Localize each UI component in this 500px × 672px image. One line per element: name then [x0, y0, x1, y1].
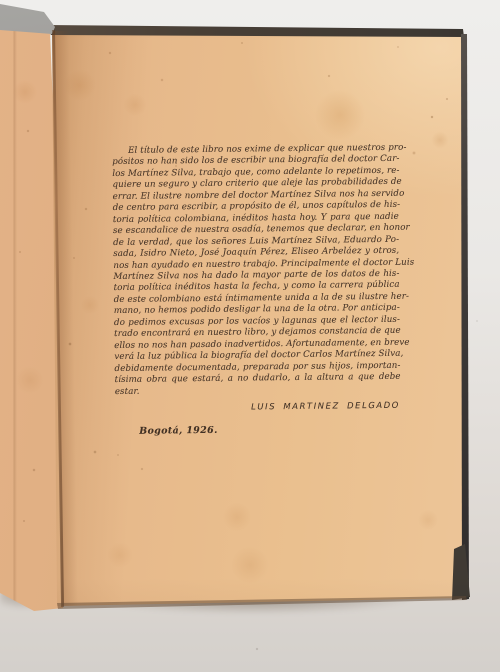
paragraph: El título de este libro nos exime de exp… [112, 143, 401, 398]
page-text: El título de este libro nos exime de exp… [112, 143, 401, 438]
author-signature: LUIS MARTINEZ DELGADO [115, 400, 401, 415]
book-photo: El título de este libro nos exime de exp… [0, 0, 500, 672]
